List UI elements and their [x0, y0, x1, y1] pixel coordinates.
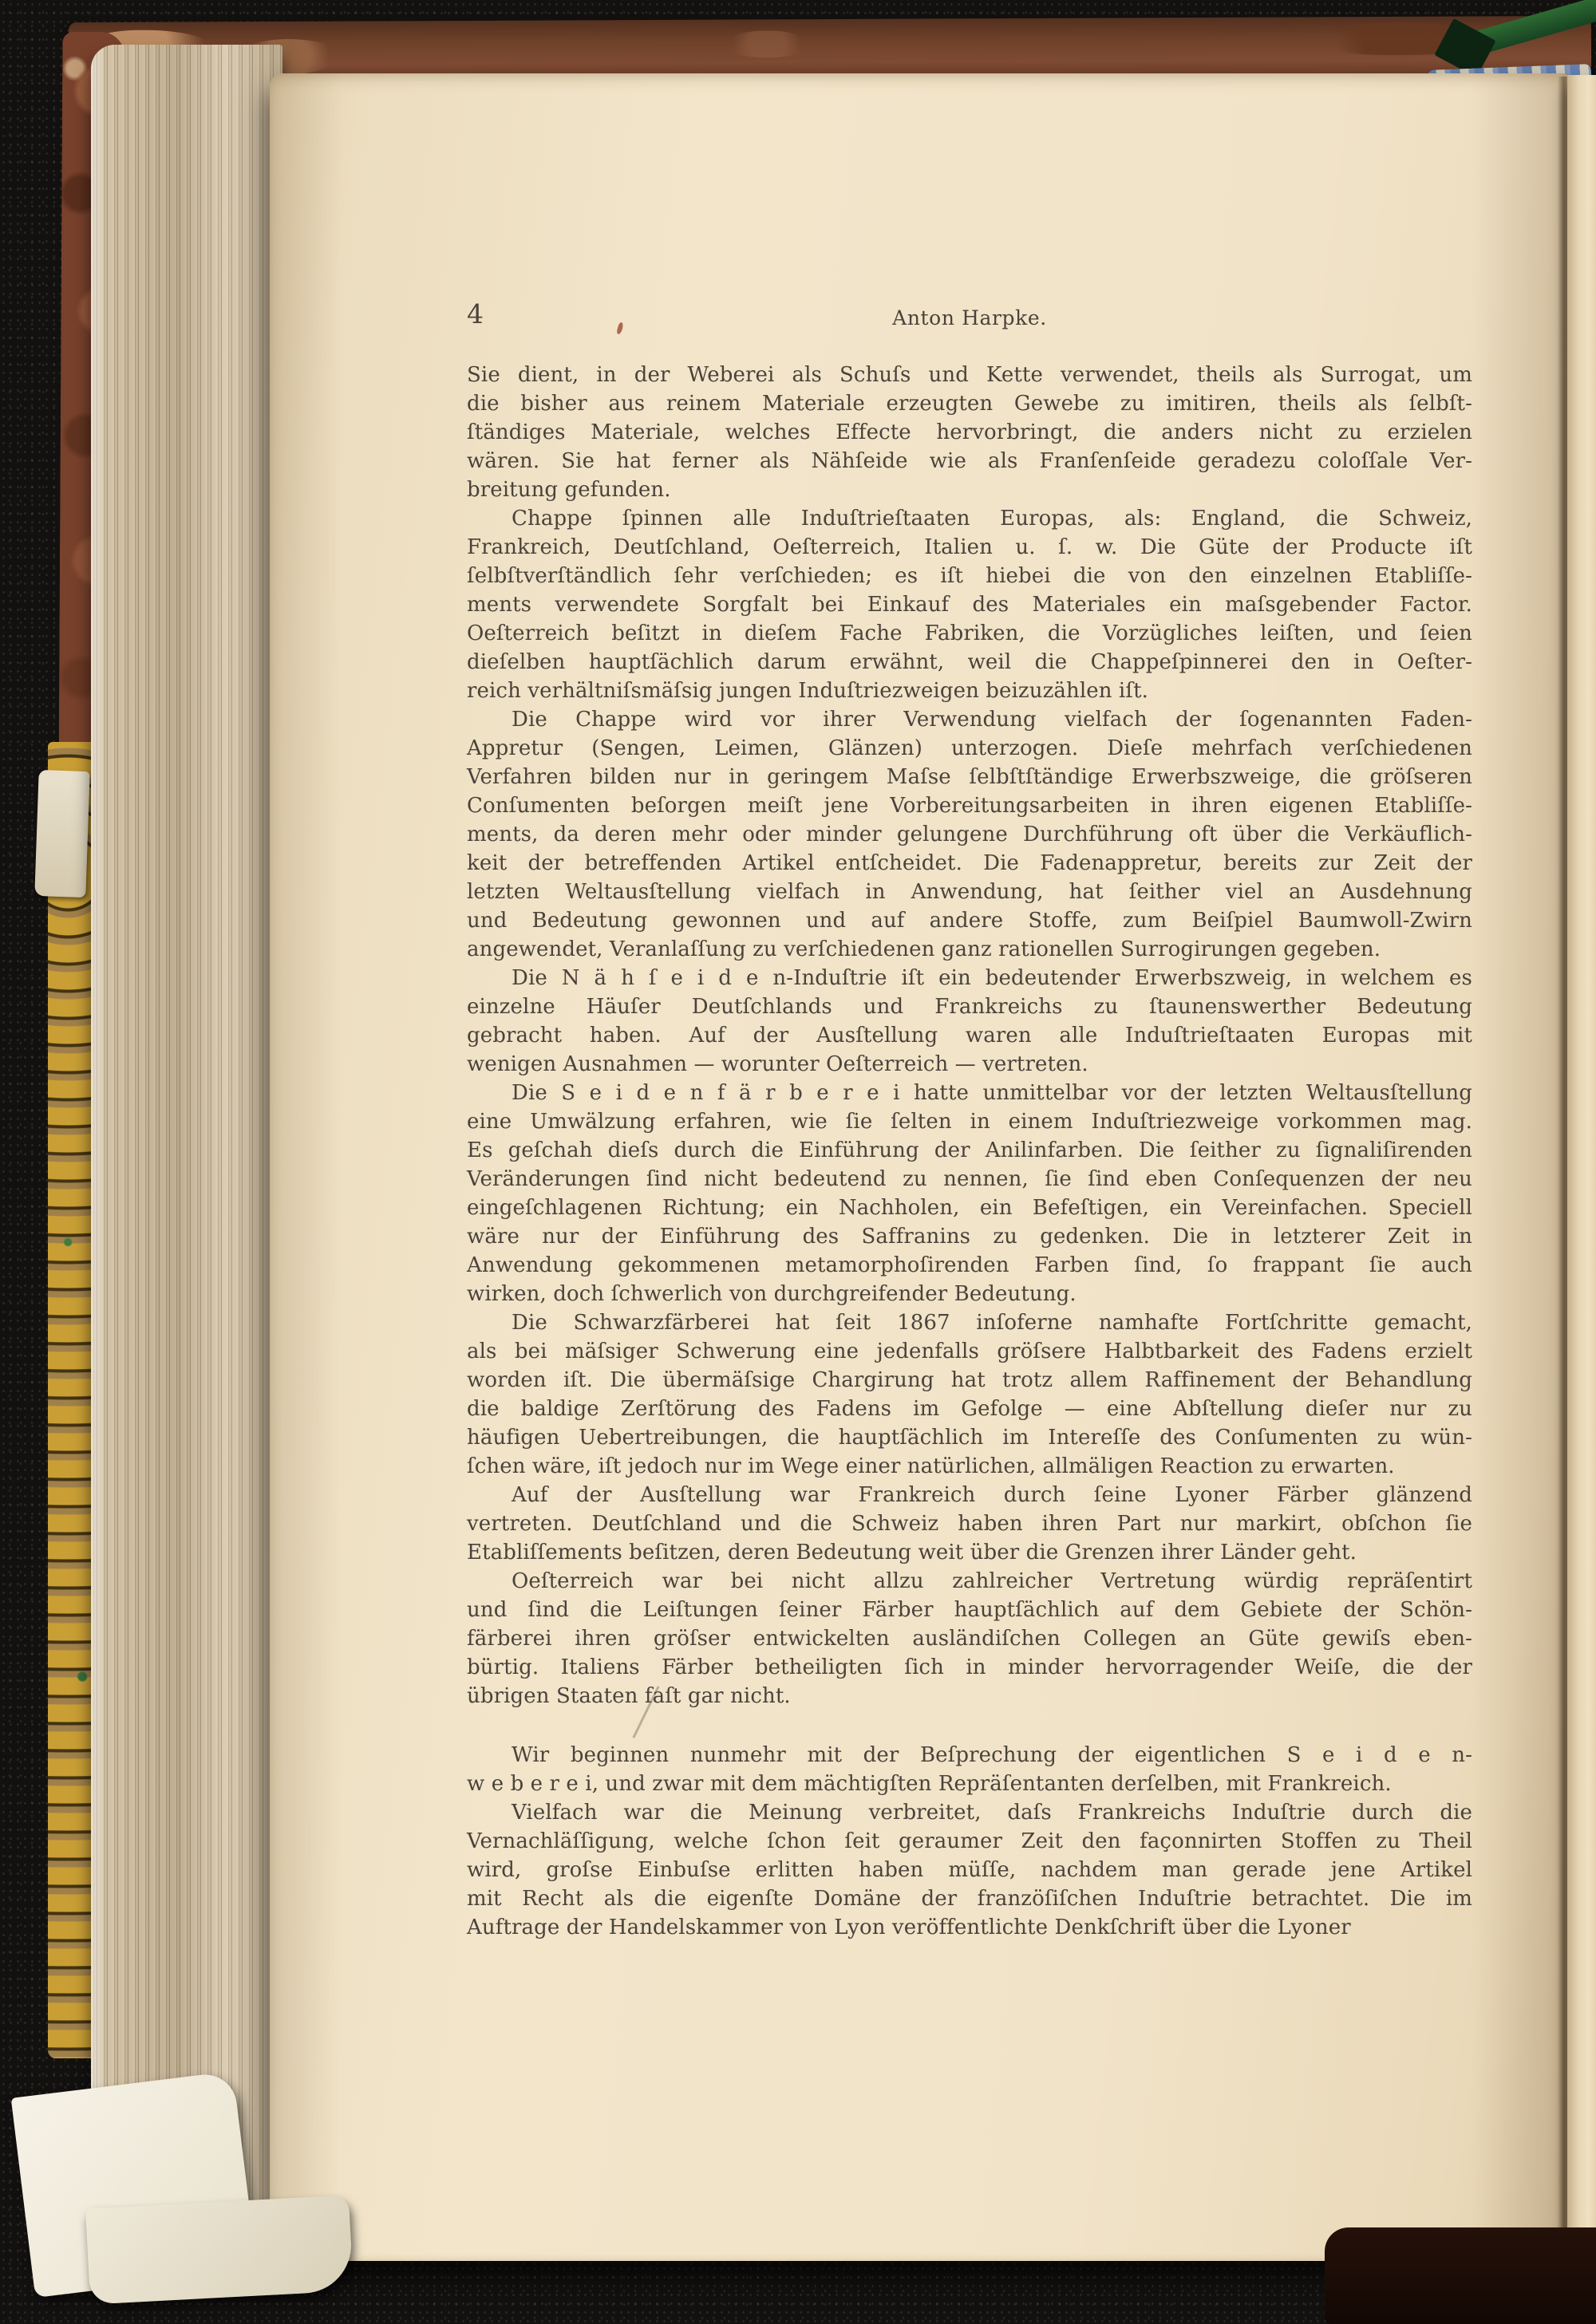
text-line: Verfahren bilden nur in geringem Maſse ſ…	[467, 763, 1472, 791]
text-line: Die S e i d e n f ä r b e r e i hatte un…	[467, 1079, 1472, 1107]
text-line: breitung gefunden.	[467, 475, 1472, 504]
paper-tab	[34, 770, 89, 898]
text-line: übrigen Staaten faſt gar nicht.	[467, 1682, 1472, 1710]
text-line: einzelne Häuſer Deutſchlands und Frankre…	[467, 992, 1472, 1021]
leather-wear-patch	[723, 30, 811, 57]
facing-page-sliver	[1567, 75, 1596, 2240]
paragraph: Sie dient, in der Weberei als Schuſs und…	[467, 361, 1472, 504]
page-curve-shadow-left	[270, 73, 342, 2261]
book-page: 4 Anton Harpke. Sie dient, in der Webere…	[270, 73, 1567, 2261]
text-line: Auf der Ausſtellung war Frankreich durch…	[467, 1481, 1472, 1509]
paragraph: Die Chappe wird vor ihrer Verwendung vie…	[467, 705, 1472, 964]
text-line: Appretur (Sengen, Leimen, Glänzen) unter…	[467, 734, 1472, 763]
text-line: Anwendung gekommenen metamorphoſirenden …	[467, 1251, 1472, 1280]
text-line: wirken, doch ſchwerlich von durchgreifen…	[467, 1280, 1472, 1308]
scanned-book-photo: 4 Anton Harpke. Sie dient, in der Webere…	[0, 0, 1596, 2324]
text-line: Vielfach war die Meinung verbreitet, daſ…	[467, 1798, 1472, 1827]
paragraph: Oeſterreich war bei nicht allzu zahlreic…	[467, 1567, 1472, 1710]
text-line: Etabliſſements beſitzen, deren Bedeutung…	[467, 1538, 1472, 1567]
text-line: und ſind die Leiſtungen ſeiner Färber ha…	[467, 1596, 1472, 1624]
text-line: die bisher aus reinem Materiale erzeugte…	[467, 389, 1472, 418]
text-line: häufigen Uebertreibungen, die hauptſächl…	[467, 1423, 1472, 1452]
paragraph: Wir beginnen nunmehr mit der Beſprechung…	[467, 1741, 1472, 1798]
text-line: bürtig. Italiens Färber betheiligten ſic…	[467, 1653, 1472, 1682]
text-line: w e b e r e i, und zwar mit dem mächtigſ…	[467, 1770, 1472, 1798]
text-line: Chappe ſpinnen alle Induſtrieſtaaten Eur…	[467, 504, 1472, 533]
text-line: gebracht haben. Auf der Ausſtellung ware…	[467, 1021, 1472, 1050]
book-cover-bottom-right-edge	[1325, 2227, 1596, 2324]
text-line: wenigen Ausnahmen — worunter Oeſterreich…	[467, 1050, 1472, 1079]
paragraph: Die Schwarzfärberei hat ſeit 1867 inſofe…	[467, 1308, 1472, 1481]
text-line: Die N ä h ſ e i d e n-Induſtrie iſt ein …	[467, 964, 1472, 992]
text-line: Vernachläſſigung, welche ſchon ſeit gera…	[467, 1827, 1472, 1856]
text-line: Die Schwarzfärberei hat ſeit 1867 inſofe…	[467, 1308, 1472, 1337]
text-line: Oeſterreich war bei nicht allzu zahlreic…	[467, 1567, 1472, 1596]
text-line: wird, groſse Einbuſse erlitten haben müſ…	[467, 1856, 1472, 1884]
text-line: Auftrage der Handelskammer von Lyon verö…	[467, 1913, 1472, 1942]
text-line: vertreten. Deutſchland und die Schweiz h…	[467, 1509, 1472, 1538]
text-line: Es geſchah dieſs durch die Einführung de…	[467, 1136, 1472, 1165]
text-line: angewendet, Veranlaſſung zu verſchiedene…	[467, 935, 1472, 964]
text-line: färberei ihren gröſser entwickelten ausl…	[467, 1624, 1472, 1653]
text-line: keit der betreffenden Artikel entſcheide…	[467, 849, 1472, 878]
page-stack-fore-edge	[91, 45, 282, 2256]
text-line: Conſumenten beſorgen meiſt jene Vorberei…	[467, 791, 1472, 820]
text-line: letzten Weltausſtellung vielfach in Anwe…	[467, 878, 1472, 906]
text-line: Wir beginnen nunmehr mit der Beſprechung…	[467, 1741, 1472, 1770]
text-line: ſelbſtverſtändlich ſehr verſchieden; es …	[467, 562, 1472, 590]
text-line: eingeſchlagenen Richtung; ein Nachholen,…	[467, 1194, 1472, 1222]
paragraph: Chappe ſpinnen alle Induſtrieſtaaten Eur…	[467, 504, 1472, 705]
text-line: Oeſterreich beſitzt in dieſem Fache Fabr…	[467, 619, 1472, 648]
paragraph: Auf der Ausſtellung war Frankreich durch…	[467, 1481, 1472, 1567]
text-line: worden iſt. Die übermäſsige Chargirung h…	[467, 1366, 1472, 1395]
text-line: Frankreich, Deutſchland, Oeſterreich, It…	[467, 533, 1472, 562]
paragraph: Die S e i d e n f ä r b e r e i hatte un…	[467, 1079, 1472, 1308]
paragraph: Vielfach war die Meinung verbreitet, daſ…	[467, 1798, 1472, 1942]
endpaper-corner-under	[85, 2195, 354, 2304]
text-line: ments verwendete Sorgfalt bei Einkauf de…	[467, 590, 1472, 619]
text-line: Veränderungen ſind nicht bedeutend zu ne…	[467, 1165, 1472, 1194]
text-line: ments, da deren mehr oder minder gelunge…	[467, 820, 1472, 849]
page-curve-shadow-right	[1472, 73, 1567, 2261]
text-line: Sie dient, in der Weberei als Schuſs und…	[467, 361, 1472, 389]
text-line: Die Chappe wird vor ihrer Verwendung vie…	[467, 705, 1472, 734]
text-line: wäre nur der Einführung des Saffranins z…	[467, 1222, 1472, 1251]
text-line: eine Umwälzung erfahren, wie ſie ſelten …	[467, 1107, 1472, 1136]
text-line: als bei mäſsiger Schwerung eine jedenfal…	[467, 1337, 1472, 1366]
text-line: ſtändiges Materiale, welches Effecte her…	[467, 418, 1472, 447]
text-line: reich verhältniſsmäſsig jungen Induſtrie…	[467, 677, 1472, 705]
text-line: die baldige Zerſtörung des Fadens im Gef…	[467, 1395, 1472, 1423]
page-body: Sie dient, in der Weberei als Schuſs und…	[467, 361, 1472, 1942]
text-line: und Bedeutung gewonnen und auf andere St…	[467, 906, 1472, 935]
paragraph: Die N ä h ſ e i d e n-Induſtrie iſt ein …	[467, 964, 1472, 1079]
text-line: wären. Sie hat ferner als Nähſeide wie a…	[467, 447, 1472, 475]
text-line: ſchen wäre, iſt jedoch nur im Wege einer…	[467, 1452, 1472, 1481]
text-line: mit Recht als die eigenſte Domäne der fr…	[467, 1884, 1472, 1913]
text-line: dieſelben hauptſächlich darum erwähnt, w…	[467, 648, 1472, 677]
